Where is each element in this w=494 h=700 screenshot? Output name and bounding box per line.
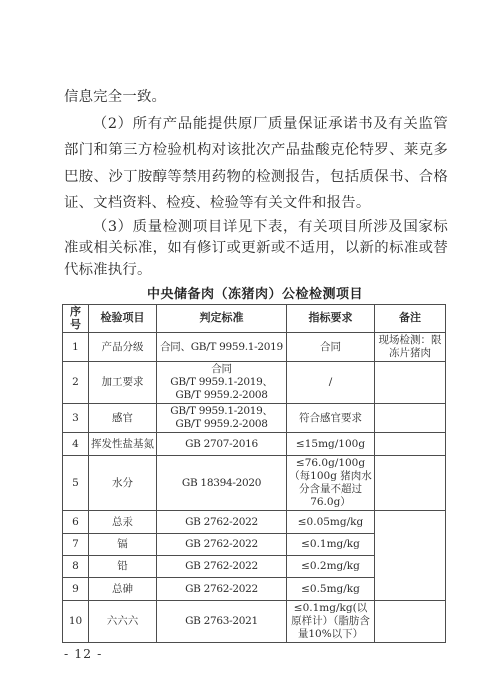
cell-standard: GB 2762-2022 <box>157 578 287 601</box>
cell-note: 现场检测：限冻片猪肉 <box>375 333 446 362</box>
cell-standard: 合同、GB/T 9959.1-2019 <box>157 333 287 362</box>
cell-standard: GB 18394-2020 <box>157 456 287 511</box>
cell-note-merged <box>375 511 446 601</box>
cell-standard: GB 2762-2022 <box>157 534 287 556</box>
table-row: 6 总汞 GB 2762-2022 ≤0.05mg/kg <box>63 511 446 534</box>
cell-standard: GB 2763-2021 <box>157 601 287 643</box>
cell-no: 8 <box>63 556 89 578</box>
header-judgment-standard: 判定标准 <box>157 305 287 333</box>
cell-standard: GB 2762-2022 <box>157 511 287 534</box>
cell-requirement: ≤0.05mg/kg <box>287 511 375 534</box>
cell-requirement: ≤0.2mg/kg <box>287 556 375 578</box>
cell-standard: GB 2707-2016 <box>157 433 287 456</box>
cell-no: 10 <box>63 601 89 643</box>
cell-no: 1 <box>63 333 89 362</box>
table-header-row: 序号 检验项目 判定标准 指标要求 备注 <box>63 305 446 333</box>
paragraph-item-2: （2）所有产品能提供原厂质量保证承诺书及有关监管部门和第三方检验机构对该批次产品… <box>64 111 448 217</box>
cell-note <box>375 601 446 643</box>
table-row: 1 产品分级 合同、GB/T 9959.1-2019 合同 现场检测：限冻片猪肉 <box>63 333 446 362</box>
table-row: 2 加工要求 合同 GB/T 9959.1-2019、 GB/T 9959.2-… <box>63 362 446 404</box>
cell-requirement: ≤76.0g/100g（每100g 猪肉水分含量不超过 76.0g） <box>287 456 375 511</box>
cell-requirement: ≤15mg/100g <box>287 433 375 456</box>
cell-item: 水分 <box>89 456 157 511</box>
header-seq-no: 序号 <box>63 305 89 333</box>
cell-standard: 合同 GB/T 9959.1-2019、 GB/T 9959.2-2008 <box>157 362 287 404</box>
header-inspection-item: 检验项目 <box>89 305 157 333</box>
cell-requirement: 符合感官要求 <box>287 404 375 433</box>
cell-standard: GB 2762-2022 <box>157 556 287 578</box>
inspection-items-table: 序号 检验项目 判定标准 指标要求 备注 1 产品分级 合同、GB/T 9959… <box>62 304 446 643</box>
cell-requirement: ≤0.1mg/kg(以原样计）（脂肪含量10%以下） <box>287 601 375 643</box>
body-text-block: 信息完全一致。 （2）所有产品能提供原厂质量保证承诺书及有关监管部门和第三方检验… <box>64 84 448 281</box>
document-page: 信息完全一致。 （2）所有产品能提供原厂质量保证承诺书及有关监管部门和第三方检验… <box>0 0 494 700</box>
table-row: 4 挥发性盐基氮 GB 2707-2016 ≤15mg/100g <box>63 433 446 456</box>
cell-item: 产品分级 <box>89 333 157 362</box>
cell-no: 5 <box>63 456 89 511</box>
cell-item: 感官 <box>89 404 157 433</box>
cell-note <box>375 456 446 511</box>
cell-item: 加工要求 <box>89 362 157 404</box>
cell-standard: GB/T 9959.1-2019、 GB/T 9959.2-2008 <box>157 404 287 433</box>
cell-note <box>375 362 446 404</box>
header-remarks: 备注 <box>375 305 446 333</box>
cell-requirement: ≤0.5mg/kg <box>287 578 375 601</box>
paragraph-continuation: 信息完全一致。 <box>64 84 448 111</box>
cell-item: 总汞 <box>89 511 157 534</box>
cell-note <box>375 433 446 456</box>
cell-no: 7 <box>63 534 89 556</box>
cell-item: 总砷 <box>89 578 157 601</box>
cell-requirement: 合同 <box>287 333 375 362</box>
table-title: 中央储备肉（冻猪肉）公检检测项目 <box>64 283 446 302</box>
page-number: - 12 - <box>64 646 102 661</box>
cell-requirement: / <box>287 362 375 404</box>
cell-requirement: ≤0.1mg/kg <box>287 534 375 556</box>
cell-item: 铅 <box>89 556 157 578</box>
cell-no: 2 <box>63 362 89 404</box>
cell-no: 9 <box>63 578 89 601</box>
cell-no: 3 <box>63 404 89 433</box>
cell-no: 6 <box>63 511 89 534</box>
header-indicator-requirement: 指标要求 <box>287 305 375 333</box>
cell-no: 4 <box>63 433 89 456</box>
cell-item: 挥发性盐基氮 <box>89 433 157 456</box>
cell-note <box>375 404 446 433</box>
paragraph-item-3: （3）质量检测项目详见下表，有关项目所涉及国家标准或相关标准，如有修订或更新或不… <box>64 217 448 282</box>
cell-item: 六六六 <box>89 601 157 643</box>
table-row: 5 水分 GB 18394-2020 ≤76.0g/100g（每100g 猪肉水… <box>63 456 446 511</box>
cell-item: 镉 <box>89 534 157 556</box>
table-row: 3 感官 GB/T 9959.1-2019、 GB/T 9959.2-2008 … <box>63 404 446 433</box>
table-row: 10 六六六 GB 2763-2021 ≤0.1mg/kg(以原样计）（脂肪含量… <box>63 601 446 643</box>
